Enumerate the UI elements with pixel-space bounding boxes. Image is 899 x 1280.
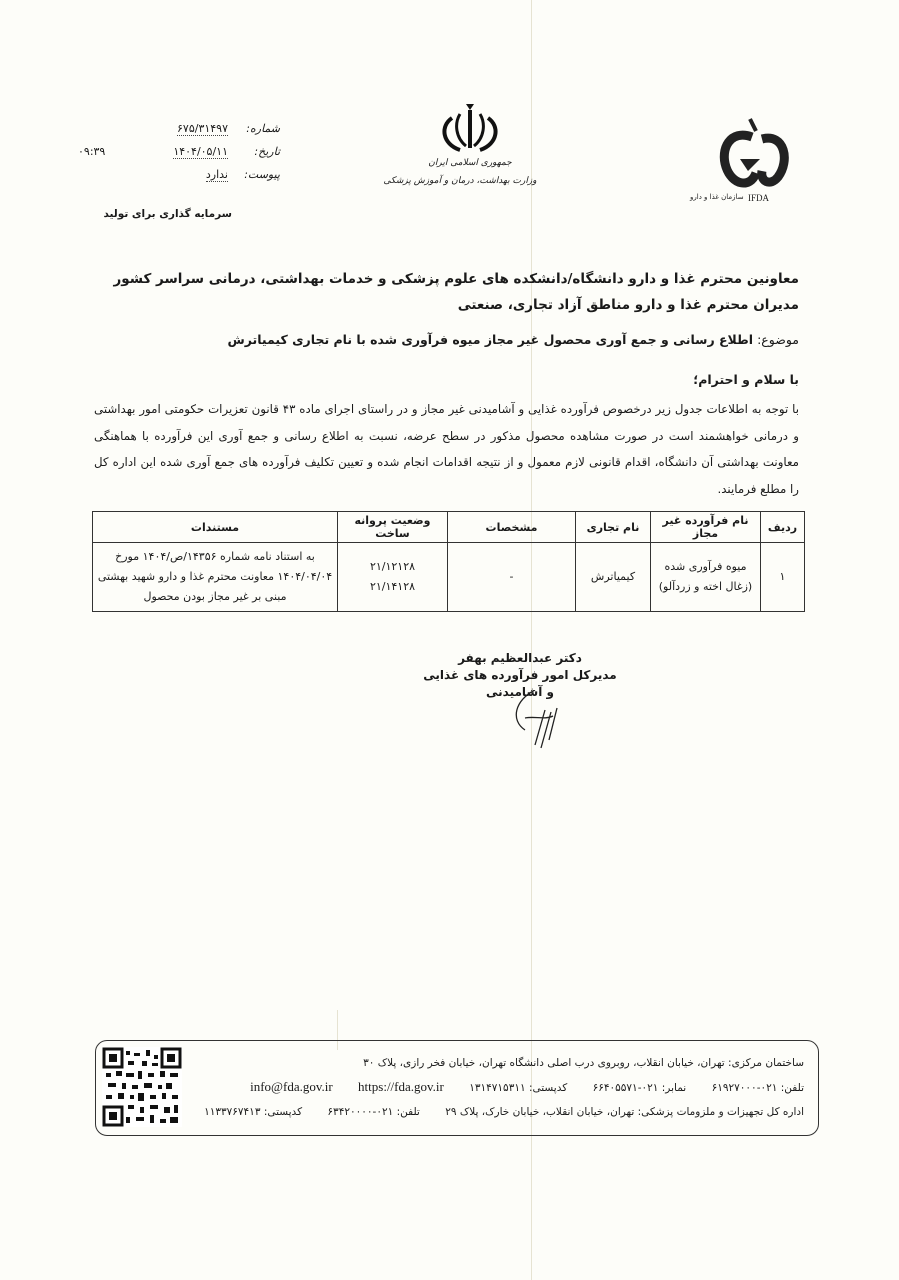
phone-label: تلفن: — [781, 1082, 804, 1094]
footer-contact-line: تلفن: ۰۲۱-۶۱۹۲۷۰۰۰ نمابر: ۰۲۱-۶۶۴۰۵۵۷۱ ک… — [184, 1075, 804, 1100]
cell-specs: - — [448, 543, 576, 612]
website-link[interactable]: https://fda.gov.ir — [358, 1079, 444, 1094]
attachment-label: پیوست: — [244, 168, 280, 181]
subject: موضوع: اطلاع رسانی و جمع آوری محصول غیر … — [99, 332, 799, 347]
letter-attachment-row: پیوست: ندارد — [60, 168, 280, 191]
year-motto: سرمایه گذاری برای تولید — [103, 208, 232, 220]
letter-date-row: تاریخ: ۱۴۰۴/۰۵/۱۱ ۰۹:۳۹ — [60, 145, 280, 168]
ifda-org-name: سازمان غذا و دارو — [690, 193, 744, 201]
branch-phone-label: تلفن: — [397, 1106, 420, 1118]
table-row: ۱ میوه فرآوری شده (زغال اخته و زردآلو) ک… — [93, 543, 805, 612]
footer-branch-line: اداره کل تجهیزات و ملزومات پزشکی: تهران،… — [184, 1100, 804, 1124]
addressees: معاونین محترم غذا و دارو دانشگاه/دانشکده… — [99, 266, 799, 318]
cell-product-name: میوه فرآوری شده (زغال اخته و زردآلو) — [651, 543, 761, 612]
phone-value: ۰۲۱-۶۱۹۲۷۰۰۰ — [712, 1082, 778, 1094]
cell-row-number: ۱ — [761, 543, 805, 612]
addressee-line-1: معاونین محترم غذا و دارو دانشگاه/دانشکده… — [99, 266, 799, 292]
table-header-row: ردیف نام فرآورده غیر مجاز نام تجاری مشخص… — [93, 512, 805, 543]
branch-phone-value: ۰۲۱-۶۳۴۲۰۰۰۰ — [327, 1106, 393, 1118]
footer-address: ساختمان مرکزی: تهران، خیابان انقلاب، روب… — [184, 1051, 804, 1075]
email-link[interactable]: info@fda.gov.ir — [250, 1079, 333, 1094]
signer-name: دکتر عبدالعظیم بهفر — [420, 650, 620, 667]
greeting: با سلام و احترام؛ — [693, 372, 799, 387]
ifda-logo: سازمان غذا و دارو IFDA — [690, 115, 800, 205]
subject-label: موضوع: — [757, 332, 799, 347]
product-name-line-1: میوه فرآوری شده — [655, 557, 756, 577]
license-number-1: ۲۱/۱۲۱۲۸ — [342, 557, 443, 577]
number-label: شماره: — [246, 122, 280, 135]
emblem-country-text: جمهوری اسلامی ایران — [420, 158, 520, 168]
qr-code-icon — [102, 1047, 182, 1127]
col-specs: مشخصات — [448, 512, 576, 543]
ifda-label: IFDA — [748, 193, 769, 203]
cell-license: ۲۱/۱۲۱۲۸ ۲۱/۱۴۱۲۸ — [338, 543, 448, 612]
emblem-icon — [400, 100, 540, 156]
fax-label: نمابر: — [662, 1082, 686, 1094]
date-label: تاریخ: — [254, 145, 280, 158]
col-brand: نام تجاری — [576, 512, 651, 543]
footer-contact-info: ساختمان مرکزی: تهران، خیابان انقلاب، روب… — [184, 1051, 804, 1124]
col-documents: مستندات — [93, 512, 338, 543]
col-product-name: نام فرآورده غیر مجاز — [651, 512, 761, 543]
postal-value: ۱۳۱۴۷۱۵۳۱۱ — [469, 1082, 525, 1094]
product-name-line-2: (زغال اخته و زردآلو) — [655, 577, 756, 597]
fax-value: ۰۲۱-۶۶۴۰۵۵۷۱ — [593, 1082, 659, 1094]
branch-postal-value: ۱۱۳۳۷۶۷۴۱۳ — [204, 1106, 260, 1118]
attachment-value: ندارد — [206, 168, 228, 182]
time-value: ۰۹:۳۹ — [78, 145, 105, 158]
number-value: ۶۷۵/۳۱۴۹۷ — [177, 122, 228, 136]
ifda-apple-icon — [690, 115, 800, 193]
letter-body: با توجه به اطلاعات جدول زیر درخصوص فرآور… — [94, 396, 799, 502]
cell-documents: به استناد نامه شماره ۱۴۳۵۶/ص/۱۴۰۴ مورخ ۱… — [93, 543, 338, 612]
date-value: ۱۴۰۴/۰۵/۱۱ — [173, 145, 228, 159]
license-number-2: ۲۱/۱۴۱۲۸ — [342, 577, 443, 597]
col-row-number: ردیف — [761, 512, 805, 543]
addressee-line-2: مدیران محترم غذا و دارو مناطق آزاد تجاری… — [99, 292, 799, 318]
handwritten-signature-icon — [505, 690, 575, 750]
col-license-status: وضعیت پروانه ساخت — [338, 512, 448, 543]
cell-brand: کیمیاترش — [576, 543, 651, 612]
emblem-ministry-text: وزارت بهداشت، درمان و آموزش پزشکی — [380, 176, 540, 186]
iran-emblem: جمهوری اسلامی ایران وزارت بهداشت، درمان … — [400, 100, 540, 200]
illegal-products-table: ردیف نام فرآورده غیر مجاز نام تجاری مشخص… — [92, 511, 805, 612]
letterhead-footer: ساختمان مرکزی: تهران، خیابان انقلاب، روب… — [95, 1040, 819, 1136]
postal-label: کدپستی: — [529, 1082, 567, 1094]
branch-address: اداره کل تجهیزات و ملزومات پزشکی: تهران،… — [445, 1106, 804, 1118]
letter-meta: شماره: ۶۷۵/۳۱۴۹۷ تاریخ: ۱۴۰۴/۰۵/۱۱ ۰۹:۳۹… — [60, 122, 280, 191]
letter-number-row: شماره: ۶۷۵/۳۱۴۹۷ — [60, 122, 280, 145]
subject-text: اطلاع رسانی و جمع آوری محصول غیر مجاز می… — [227, 332, 753, 347]
branch-postal-label: کدپستی: — [264, 1106, 302, 1118]
